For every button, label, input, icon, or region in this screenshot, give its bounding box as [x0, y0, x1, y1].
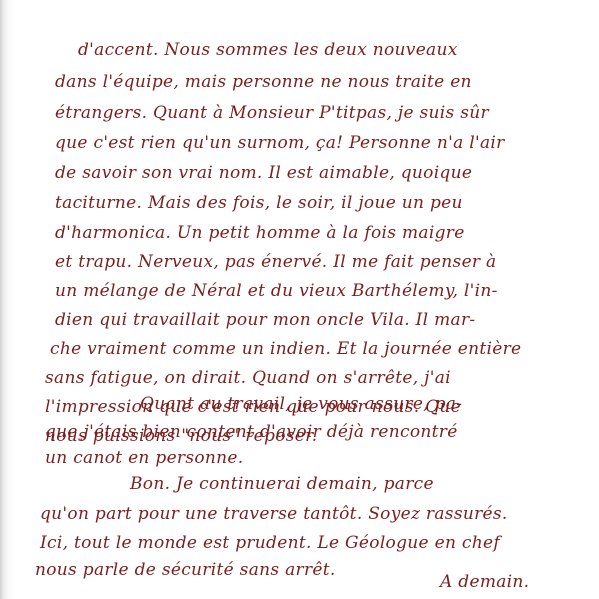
letter-line: et trapu. Nerveux, pas énervé. Il me fai… — [55, 252, 497, 272]
letter-line: d'accent. Nous sommes les deux nouveaux — [78, 40, 548, 60]
letter-line: che vraiment comme un indien. Et la jour… — [50, 339, 521, 359]
letter-line: que j'étais bien content d'avoir déjà re… — [45, 422, 458, 442]
letter-line: taciturne. Mais des fois, le soir, il jo… — [55, 193, 463, 213]
letter-line: que c'est rien qu'un surnom, ça! Personn… — [55, 133, 505, 153]
letter-line: de savoir son vrai nom. Il est aimable, … — [55, 163, 472, 183]
letter-line: nous parle de sécurité sans arrêt. — [35, 560, 336, 580]
handwritten-letter: d'accent. Nous sommes les deux nouveaux … — [0, 0, 599, 599]
letter-closing: A demain. — [440, 572, 529, 592]
letter-line: Bon. Je continuerai demain, parce — [130, 474, 434, 494]
letter-line: étrangers. Quant à Monsieur P'titpas, je… — [55, 103, 489, 123]
letter-line: sans fatigue, on dirait. Quand on s'arrê… — [45, 368, 451, 388]
letter-line: Quant au travail, je vous assure, pa- — [140, 394, 462, 414]
letter-line: d'harmonica. Un petit homme à la fois ma… — [55, 223, 465, 243]
letter-line: un canot en personne. — [45, 448, 243, 468]
letter-line: un mélange de Néral et du vieux Barthéle… — [55, 281, 498, 301]
letter-page: d'accent. Nous sommes les deux nouveaux … — [0, 0, 599, 599]
letter-line: Ici, tout le monde est prudent. Le Géolo… — [40, 533, 500, 553]
letter-line: qu'on part pour une traverse tantôt. Soy… — [40, 504, 508, 524]
letter-line: dans l'équipe, mais personne ne nous tra… — [55, 72, 472, 92]
letter-line: dien qui travaillait pour mon oncle Vila… — [55, 310, 475, 330]
